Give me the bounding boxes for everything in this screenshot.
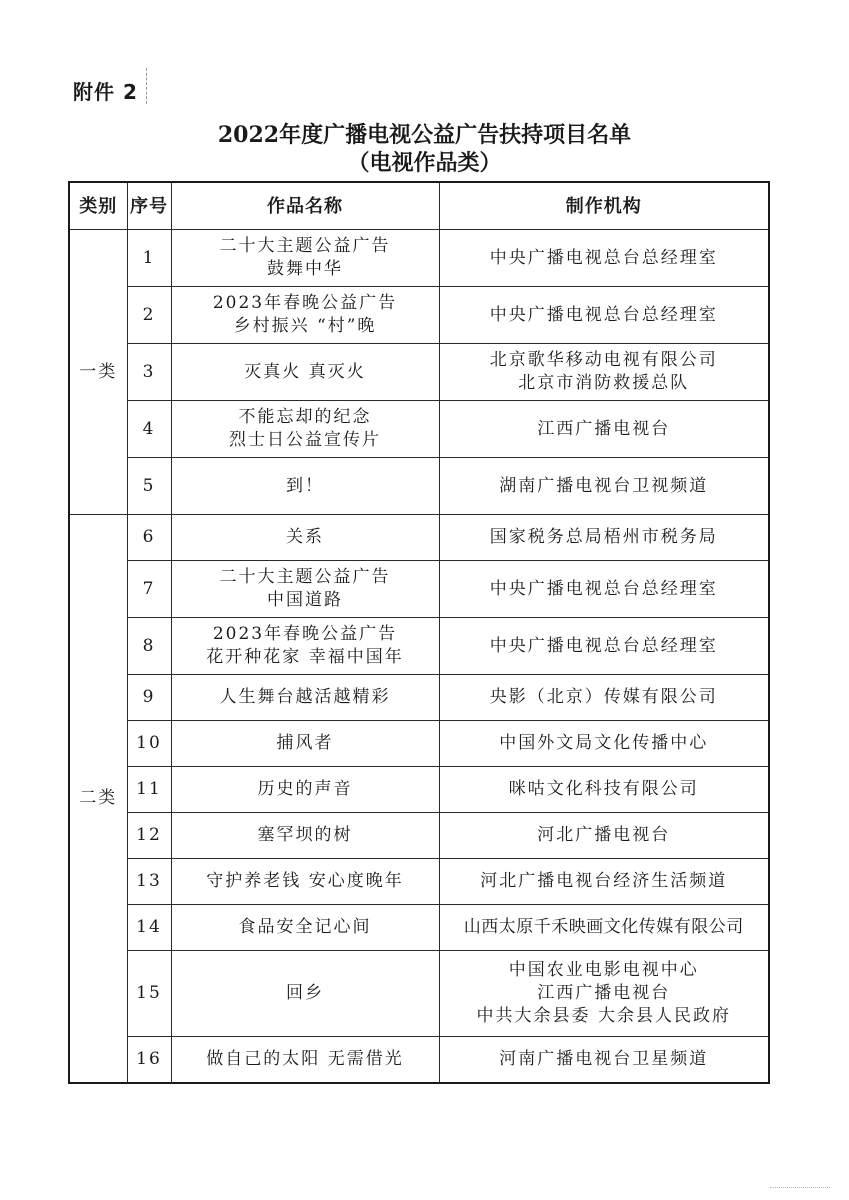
producer-line: 山西太原千禾映画文化传媒有限公司	[440, 916, 769, 939]
table-row: 82023年春晚公益广告花开种花家 幸福中国年中央广播电视总台总经理室	[69, 618, 769, 675]
producer-line: 中国农业电影电视中心	[440, 959, 769, 982]
producer-cell: 中央广播电视总台总经理室	[439, 287, 769, 344]
project-list-table: 类别 序号 作品名称 制作机构 一类1二十大主题公益广告鼓舞中华中央广播电视总台…	[68, 181, 770, 1084]
table-row: 15回乡中国农业电影电视中心江西广播电视台中共大余县委 大余县人民政府	[69, 951, 769, 1037]
table-row: 一类1二十大主题公益广告鼓舞中华中央广播电视总台总经理室	[69, 230, 769, 287]
work-title-line: 灭真火 真灭火	[172, 361, 439, 384]
work-title-line: 二十大主题公益广告	[172, 235, 439, 258]
row-number: 13	[127, 859, 171, 905]
table-row: 13守护养老钱 安心度晚年河北广播电视台经济生活频道	[69, 859, 769, 905]
producer-line: 中央广播电视总台总经理室	[440, 578, 769, 601]
work-title-line: 人生舞台越活越精彩	[172, 686, 439, 709]
work-title-line: 做自己的太阳 无需借光	[172, 1048, 439, 1071]
producer-cell: 江西广播电视台	[439, 401, 769, 458]
work-title-line: 鼓舞中华	[172, 258, 439, 281]
scan-artifact-line	[146, 68, 148, 104]
producer-line: 江西广播电视台	[440, 418, 769, 441]
attachment-label: 附件 2	[73, 76, 138, 105]
table-row: 5到！湖南广播电视台卫视频道	[69, 458, 769, 515]
producer-line: 江西广播电视台	[440, 982, 769, 1005]
work-title-line: 捕风者	[172, 732, 439, 755]
producer-cell: 湖南广播电视台卫视频道	[439, 458, 769, 515]
producer-line: 中共大余县委 大余县人民政府	[440, 1005, 769, 1028]
header-category: 类别	[69, 182, 127, 230]
work-title-line: 历史的声音	[172, 778, 439, 801]
producer-line: 河北广播电视台	[440, 824, 769, 847]
work-title-line: 花开种花家 幸福中国年	[172, 646, 439, 669]
producer-cell: 中央广播电视总台总经理室	[439, 230, 769, 287]
table-row: 二类6关系国家税务总局梧州市税务局	[69, 515, 769, 561]
table-row: 22023年春晚公益广告乡村振兴 “村”晚中央广播电视总台总经理室	[69, 287, 769, 344]
work-title-cell: 做自己的太阳 无需借光	[171, 1037, 439, 1083]
producer-line: 河北广播电视台经济生活频道	[440, 870, 769, 893]
producer-cell: 河北广播电视台	[439, 813, 769, 859]
producer-cell: 北京歌华移动电视有限公司北京市消防救援总队	[439, 344, 769, 401]
category-cell: 一类	[69, 230, 127, 515]
producer-cell: 咪咕文化科技有限公司	[439, 767, 769, 813]
producer-line: 中央广播电视总台总经理室	[440, 635, 769, 658]
producer-line: 中央广播电视总台总经理室	[440, 247, 769, 270]
work-title-line: 食品安全记心间	[172, 916, 439, 939]
producer-line: 河南广播电视台卫星频道	[440, 1048, 769, 1071]
work-title-line: 关系	[172, 526, 439, 549]
producer-cell: 中国外文局文化传播中心	[439, 721, 769, 767]
producer-cell: 央影（北京）传媒有限公司	[439, 675, 769, 721]
work-title-cell: 灭真火 真灭火	[171, 344, 439, 401]
row-number: 6	[127, 515, 171, 561]
table-row: 7二十大主题公益广告中国道路中央广播电视总台总经理室	[69, 561, 769, 618]
work-title-line: 烈士日公益宣传片	[172, 429, 439, 452]
table-row: 10捕风者中国外文局文化传播中心	[69, 721, 769, 767]
table-row: 16做自己的太阳 无需借光河南广播电视台卫星频道	[69, 1037, 769, 1083]
work-title-cell: 食品安全记心间	[171, 905, 439, 951]
work-title-line: 2023年春晚公益广告	[172, 292, 439, 315]
work-title-cell: 关系	[171, 515, 439, 561]
producer-line: 湖南广播电视台卫视频道	[440, 475, 769, 498]
work-title-cell: 守护养老钱 安心度晚年	[171, 859, 439, 905]
header-work-title: 作品名称	[171, 182, 439, 230]
row-number: 5	[127, 458, 171, 515]
producer-cell: 山西太原千禾映画文化传媒有限公司	[439, 905, 769, 951]
work-title-line: 到！	[172, 475, 439, 498]
work-title-cell: 二十大主题公益广告鼓舞中华	[171, 230, 439, 287]
work-title-cell: 塞罕坝的树	[171, 813, 439, 859]
work-title-line: 不能忘却的纪念	[172, 406, 439, 429]
header-number: 序号	[127, 182, 171, 230]
row-number: 16	[127, 1037, 171, 1083]
work-title-cell: 到！	[171, 458, 439, 515]
work-title-cell: 回乡	[171, 951, 439, 1037]
producer-line: 北京歌华移动电视有限公司	[440, 349, 769, 372]
producer-cell: 河北广播电视台经济生活频道	[439, 859, 769, 905]
work-title-line: 回乡	[172, 982, 439, 1005]
header-producer: 制作机构	[439, 182, 769, 230]
row-number: 14	[127, 905, 171, 951]
row-number: 15	[127, 951, 171, 1037]
table-row: 4不能忘却的纪念烈士日公益宣传片江西广播电视台	[69, 401, 769, 458]
row-number: 2	[127, 287, 171, 344]
producer-line: 北京市消防救援总队	[440, 372, 769, 395]
document-title: 2022年度广播电视公益广告扶持项目名单	[0, 118, 849, 149]
work-title-line: 守护养老钱 安心度晚年	[172, 870, 439, 893]
producer-cell: 国家税务总局梧州市税务局	[439, 515, 769, 561]
row-number: 11	[127, 767, 171, 813]
producer-line: 中央广播电视总台总经理室	[440, 304, 769, 327]
work-title-cell: 不能忘却的纪念烈士日公益宣传片	[171, 401, 439, 458]
row-number: 9	[127, 675, 171, 721]
table-header-row: 类别 序号 作品名称 制作机构	[69, 182, 769, 230]
row-number: 4	[127, 401, 171, 458]
category-cell: 二类	[69, 515, 127, 1083]
document-subtitle: （电视作品类）	[0, 146, 849, 177]
producer-line: 央影（北京）传媒有限公司	[440, 686, 769, 709]
work-title-cell: 2023年春晚公益广告乡村振兴 “村”晚	[171, 287, 439, 344]
producer-cell: 中央广播电视总台总经理室	[439, 561, 769, 618]
row-number: 10	[127, 721, 171, 767]
table-row: 14食品安全记心间山西太原千禾映画文化传媒有限公司	[69, 905, 769, 951]
table-row: 9人生舞台越活越精彩央影（北京）传媒有限公司	[69, 675, 769, 721]
work-title-cell: 人生舞台越活越精彩	[171, 675, 439, 721]
producer-cell: 河南广播电视台卫星频道	[439, 1037, 769, 1083]
work-title-cell: 二十大主题公益广告中国道路	[171, 561, 439, 618]
producer-line: 咪咕文化科技有限公司	[440, 778, 769, 801]
work-title-line: 塞罕坝的树	[172, 824, 439, 847]
scan-artifact-mark	[770, 1187, 830, 1189]
table-body: 一类1二十大主题公益广告鼓舞中华中央广播电视总台总经理室22023年春晚公益广告…	[69, 230, 769, 1083]
work-title-line: 中国道路	[172, 589, 439, 612]
work-title-line: 2023年春晚公益广告	[172, 623, 439, 646]
producer-cell: 中央广播电视总台总经理室	[439, 618, 769, 675]
table-row: 12塞罕坝的树河北广播电视台	[69, 813, 769, 859]
work-title-line: 乡村振兴 “村”晚	[172, 315, 439, 338]
table-row: 3灭真火 真灭火北京歌华移动电视有限公司北京市消防救援总队	[69, 344, 769, 401]
row-number: 7	[127, 561, 171, 618]
work-title-cell: 历史的声音	[171, 767, 439, 813]
table-row: 11历史的声音咪咕文化科技有限公司	[69, 767, 769, 813]
producer-line: 国家税务总局梧州市税务局	[440, 526, 769, 549]
row-number: 8	[127, 618, 171, 675]
row-number: 12	[127, 813, 171, 859]
work-title-line: 二十大主题公益广告	[172, 566, 439, 589]
producer-cell: 中国农业电影电视中心江西广播电视台中共大余县委 大余县人民政府	[439, 951, 769, 1037]
work-title-cell: 捕风者	[171, 721, 439, 767]
producer-line: 中国外文局文化传播中心	[440, 732, 769, 755]
work-title-cell: 2023年春晚公益广告花开种花家 幸福中国年	[171, 618, 439, 675]
row-number: 3	[127, 344, 171, 401]
row-number: 1	[127, 230, 171, 287]
